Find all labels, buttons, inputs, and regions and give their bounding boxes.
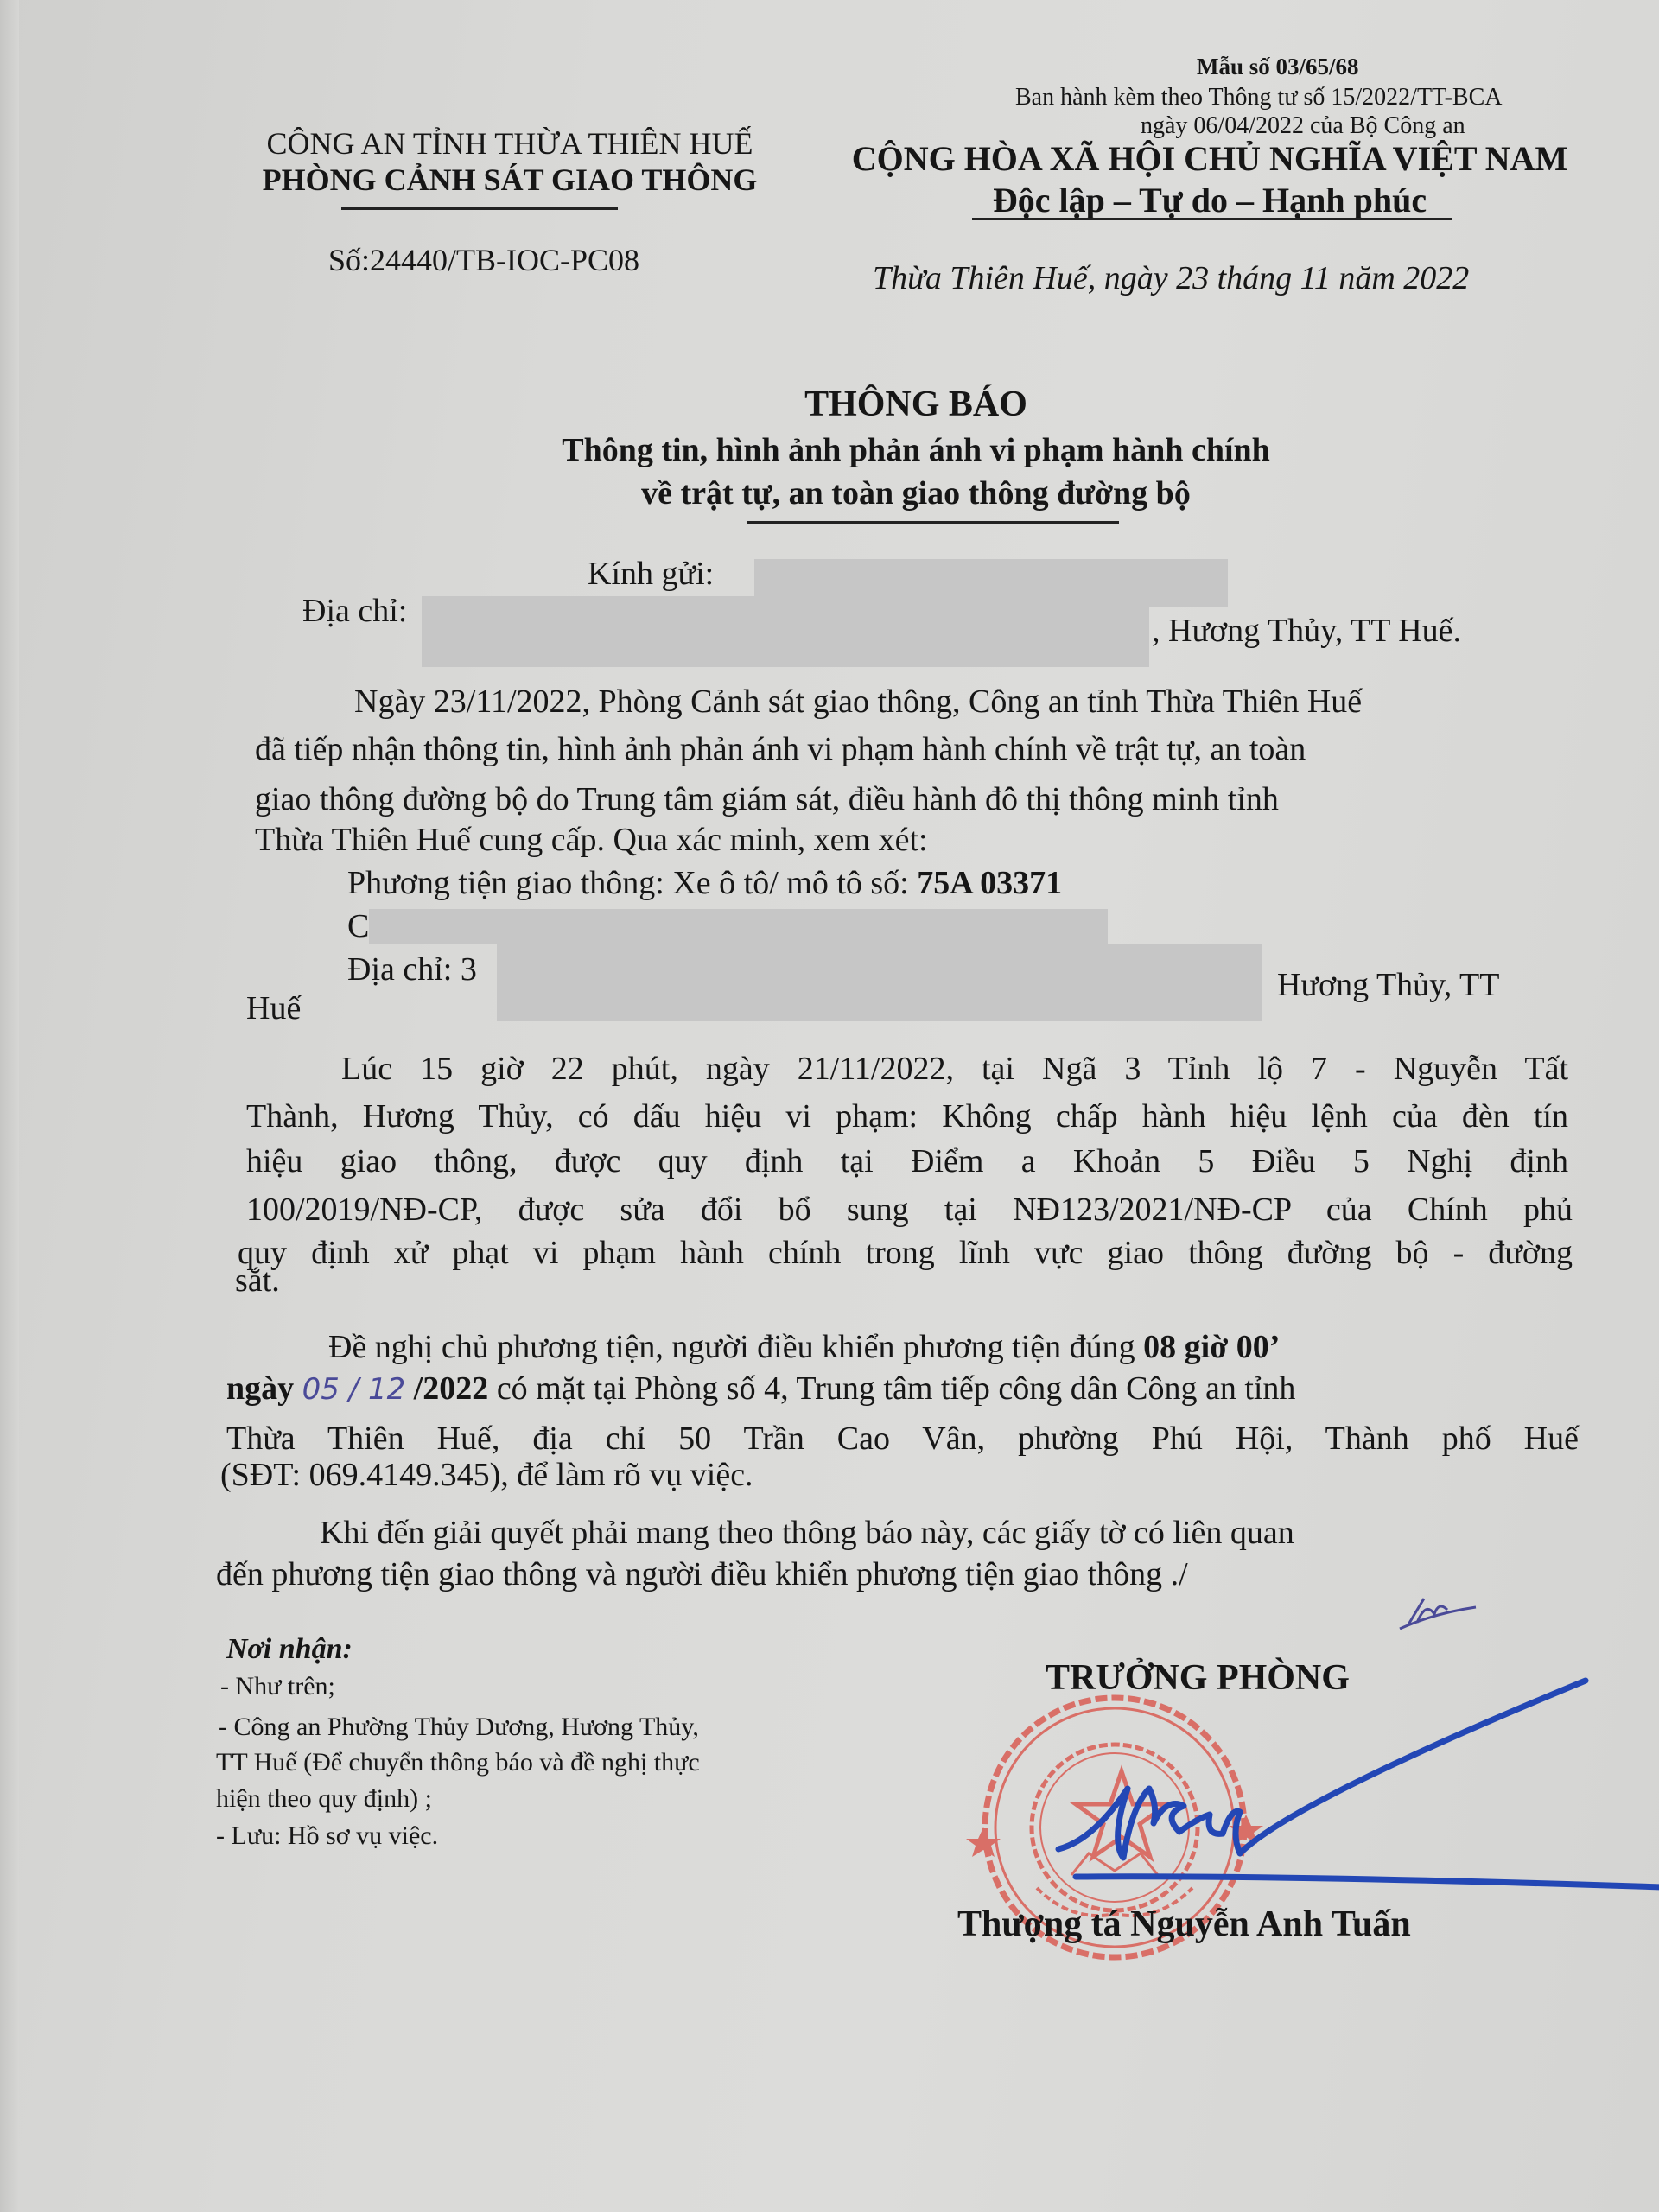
scanned-document-page: Mẫu số 03/65/68 Ban hành kèm theo Thông … [0,0,1659,2212]
signatory-name: Thượng tá Nguyễn Anh Tuấn [957,1904,1411,1945]
initials-mark-icon [1400,1599,1476,1629]
signatory-title: TRƯỞNG PHÒNG [1046,1657,1350,1699]
stamp-and-signature-layer [0,0,1659,2212]
